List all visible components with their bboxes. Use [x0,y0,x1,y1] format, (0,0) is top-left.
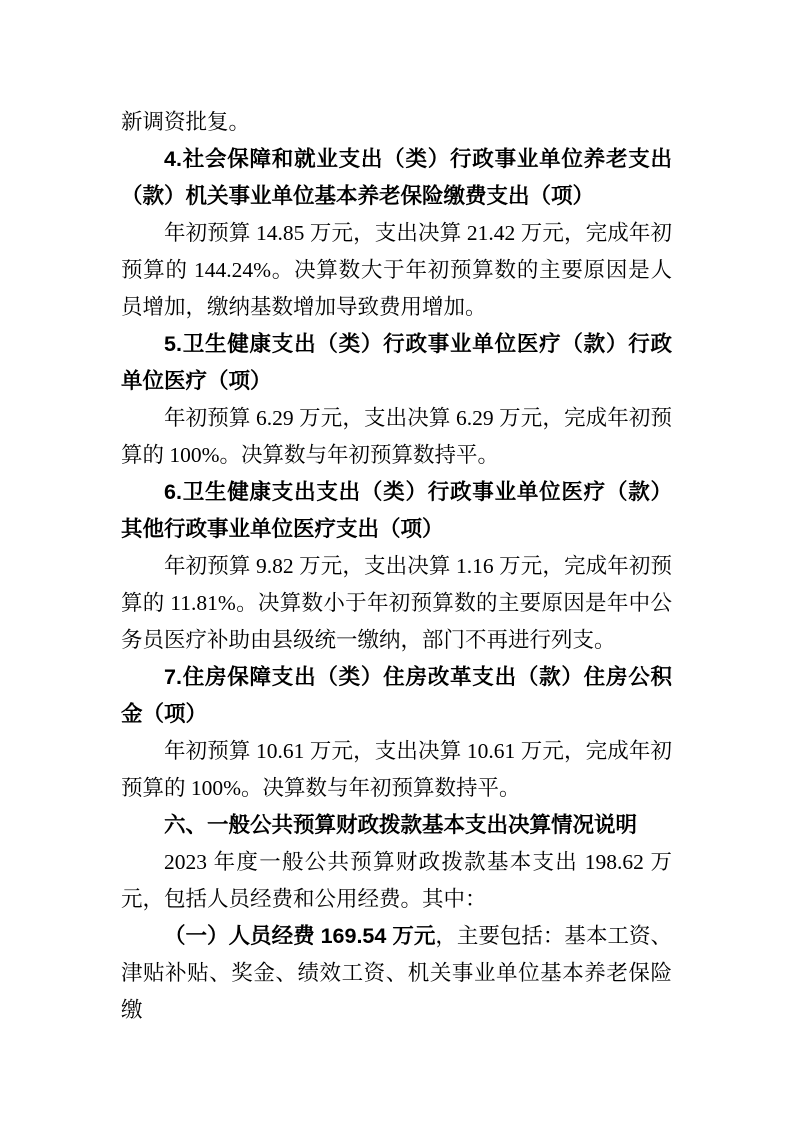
paragraph-item-7-detail: 年初预算 10.61 万元，支出决算 10.61 万元，完成年初预算的 100%… [121,733,672,807]
document-body: 新调资批复。 4.社会保障和就业支出（类）行政事业单位养老支出（款）机关事业单位… [121,104,672,1029]
heading-item-5-health-admin-medical: 5.卫生健康支出（类）行政事业单位医疗（款）行政单位医疗（项） [121,326,672,400]
personnel-expense-bold-lead: （一）人员经费 169.54 万元 [164,924,435,948]
document-page: 新调资批复。 4.社会保障和就业支出（类）行政事业单位养老支出（款）机关事业单位… [0,0,793,1122]
paragraph-item-4-detail: 年初预算 14.85 万元，支出决算 21.42 万元，完成年初预算的 144.… [121,215,672,326]
paragraph-personnel-expense: （一）人员经费 169.54 万元，主要包括：基本工资、津贴补贴、奖金、绩效工资… [121,918,672,1029]
heading-item-6-health-other-medical: 6.卫生健康支出支出（类）行政事业单位医疗（款）其他行政事业单位医疗支出（项） [121,474,672,548]
paragraph-item-6-detail: 年初预算 9.82 万元，支出决算 1.16 万元，完成年初预算的 11.81%… [121,548,672,659]
paragraph-item-5-detail: 年初预算 6.29 万元，支出决算 6.29 万元，完成年初预算的 100%。决… [121,400,672,474]
paragraph-section-6-intro: 2023 年度一般公共预算财政拨款基本支出 198.62 万元，包括人员经费和公… [121,844,672,918]
heading-item-4-social-security: 4.社会保障和就业支出（类）行政事业单位养老支出（款）机关事业单位基本养老保险缴… [121,141,672,215]
heading-section-6-basic-expenditure: 六、一般公共预算财政拨款基本支出决算情况说明 [121,807,672,844]
heading-item-7-housing: 7.住房保障支出（类）住房改革支出（款）住房公积金（项） [121,659,672,733]
paragraph-continuation: 新调资批复。 [121,104,672,141]
